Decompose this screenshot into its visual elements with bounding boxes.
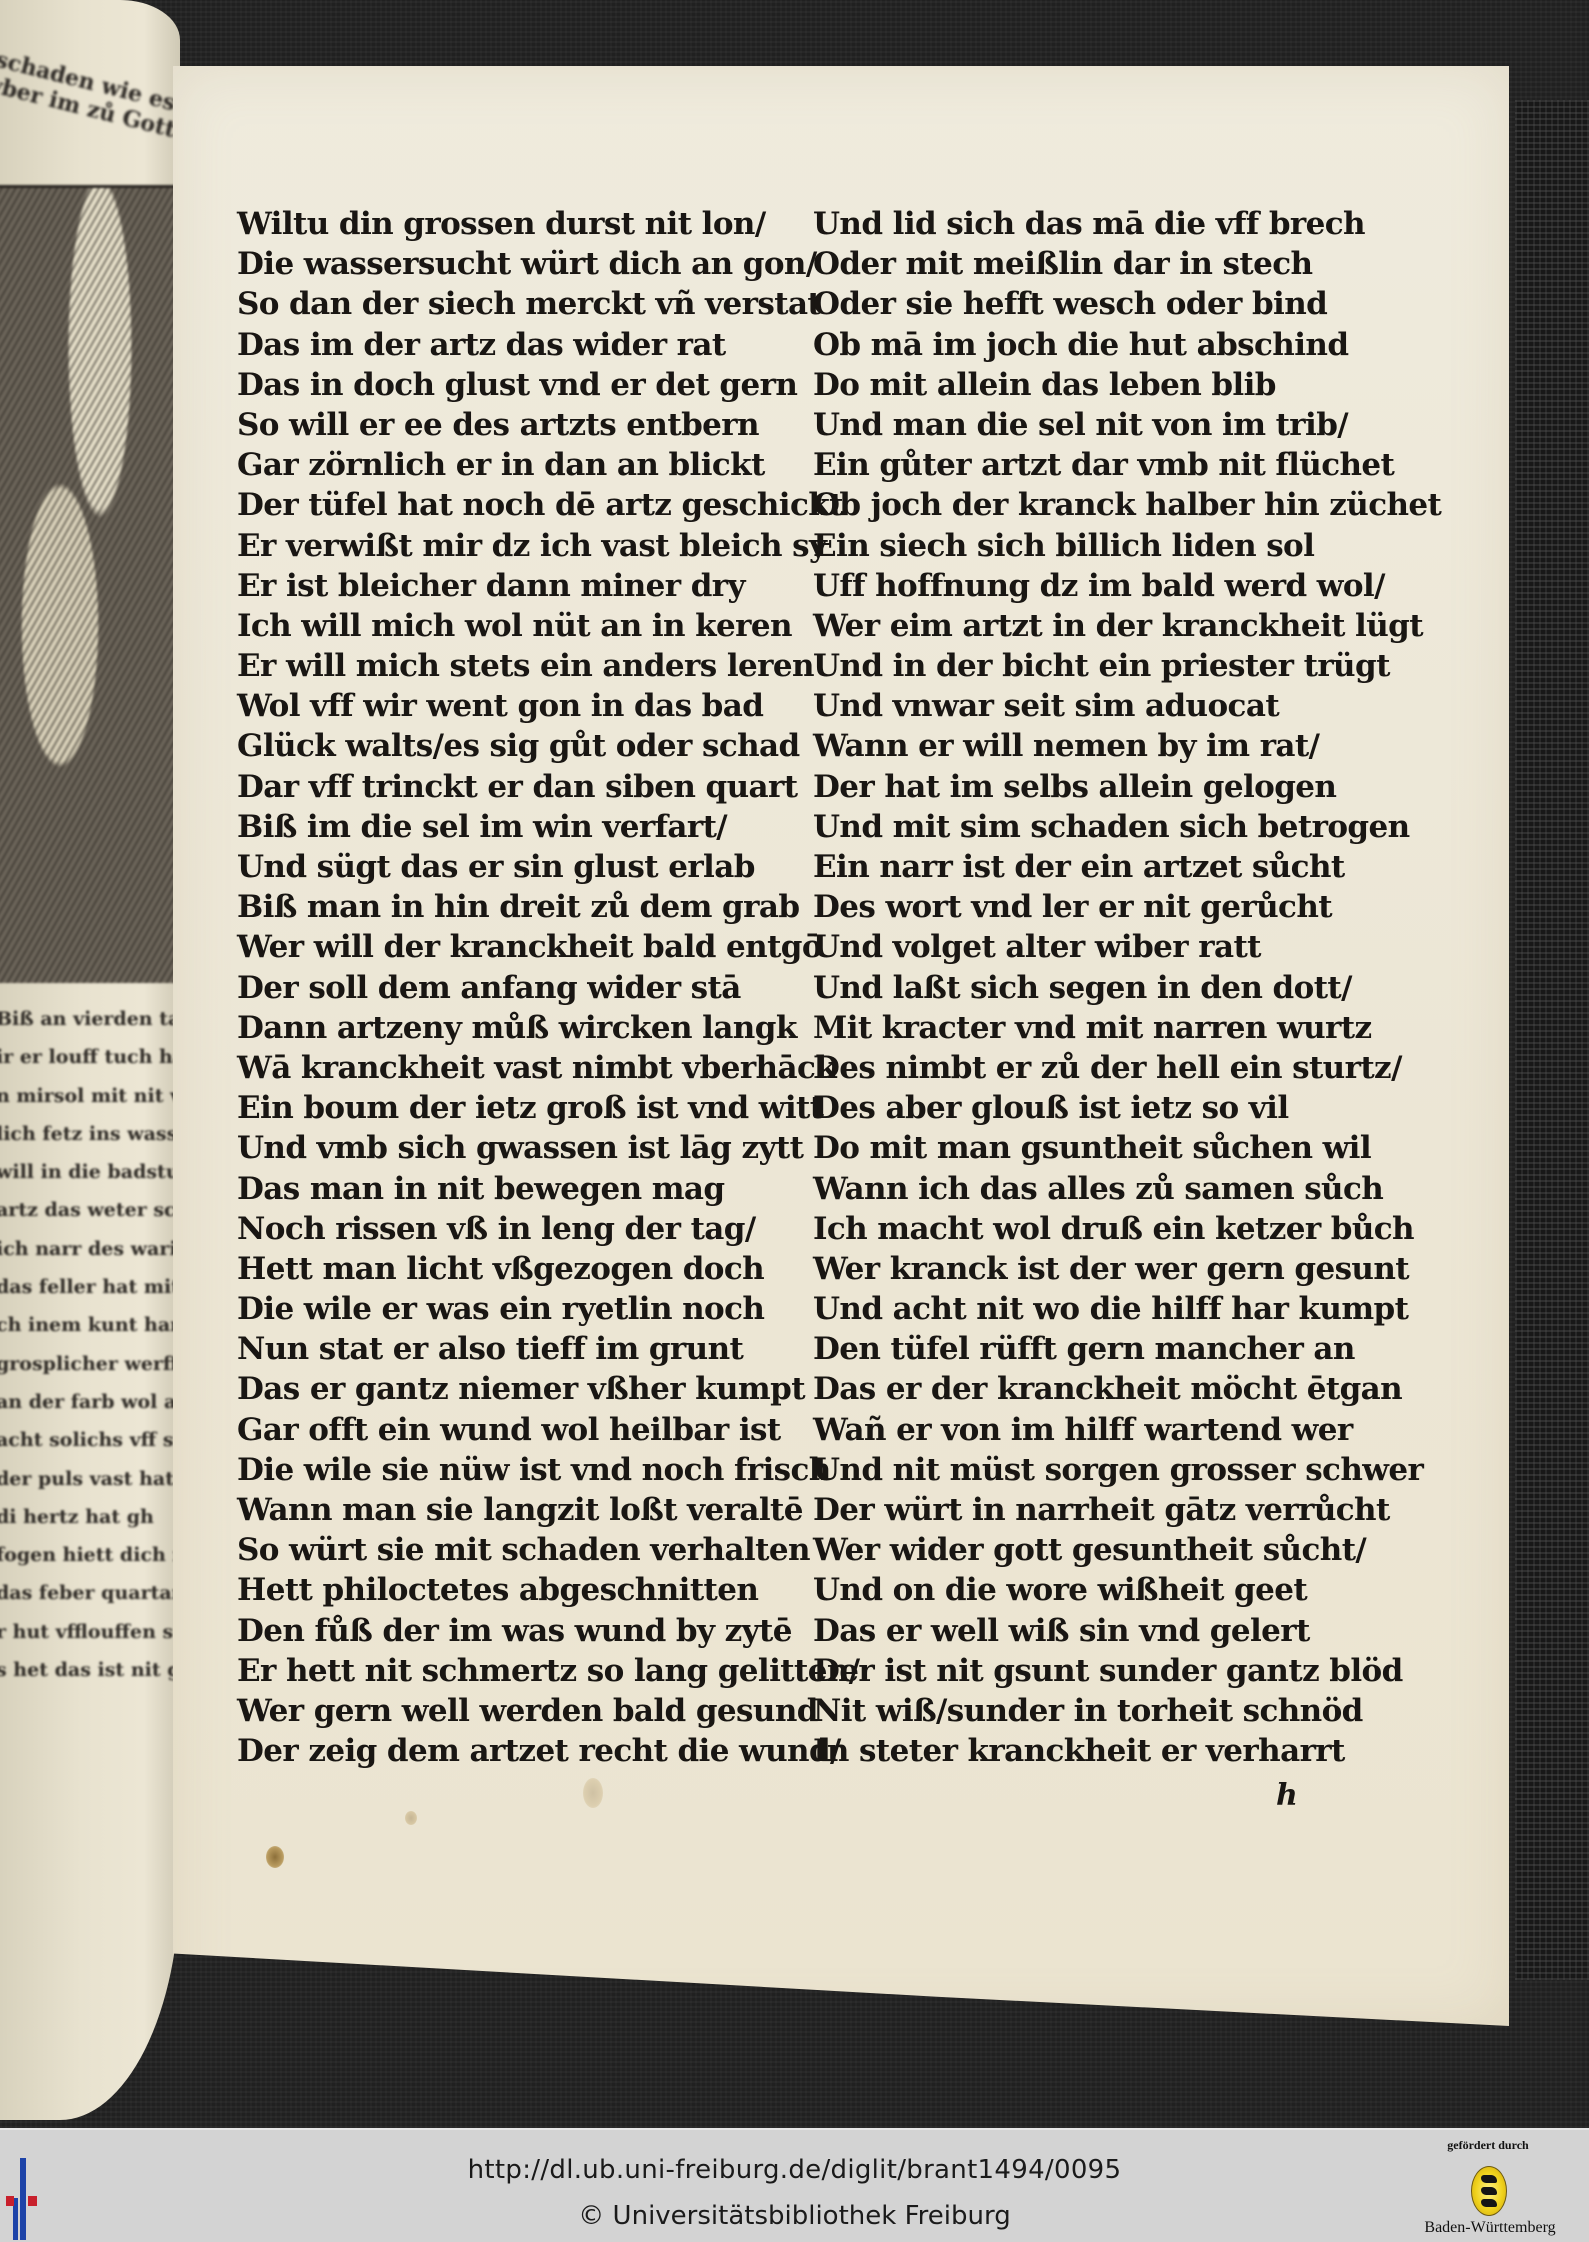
verse-line: Ich will mich wol nüt an in keren (237, 606, 859, 646)
verse-line: Wer will der kranckheit bald entgō (237, 927, 859, 967)
facing-page-line: acht solichs vff sie (0, 1421, 180, 1459)
verse-line: Das man in nit bewegen mag (237, 1169, 859, 1209)
verse-line: Glück walts/es sig gůt oder schad (237, 726, 859, 766)
facing-page-line: lich fetz ins wassr (0, 1115, 180, 1153)
verse-line: Ob joch der kranck halber hin züchet (813, 485, 1441, 525)
signature-mark: h (1276, 1778, 1298, 1813)
verse-line: Und laßt sich segen in den dott/ (813, 968, 1441, 1008)
verse-line: Und on die wore wißheit geet (813, 1570, 1441, 1610)
facing-page-heading: schaden wie es gat vber im zů Gotter Got (0, 47, 180, 146)
verse-line: Und lid sich das mā die vff brech (813, 204, 1441, 244)
verse-line: Wañ er von im hilff wartend wer (813, 1410, 1441, 1450)
verse-line: Der tüfel hat noch dē artz geschickt (237, 485, 859, 525)
verse-line: So würt sie mit schaden verhalten (237, 1530, 859, 1570)
verse-line: Das er well wiß sin vnd gelert (813, 1611, 1441, 1651)
verse-line: Oder mit meißlin dar in stech (813, 244, 1441, 284)
verse-line: Der zeig dem artzet recht die wund/ (237, 1731, 859, 1771)
cloth-support (1515, 100, 1589, 1980)
verse-line: Biß man in hin dreit zů dem grab (237, 887, 859, 927)
verse-line: Und vmb sich gwassen ist lāg zytt (237, 1128, 859, 1168)
verse-line: Den fůß der im was wund by zytē (237, 1611, 859, 1651)
verse-line: Dann artzeny můß wircken langk (237, 1008, 859, 1048)
verse-line: Wann er will nemen by im rat/ (813, 726, 1441, 766)
verse-line: Wer wider gott gesuntheit sůcht/ (813, 1530, 1441, 1570)
verse-line: Das er gantz niemer vßher kumpt (237, 1369, 859, 1409)
verse-line: Und in der bicht ein priester trügt (813, 646, 1441, 686)
verse-line: Der würt in narrheit gātz verrůcht (813, 1490, 1441, 1530)
facing-page-line: der puls vast hat (0, 1460, 180, 1498)
verse-line: Oder sie hefft wesch oder bind (813, 284, 1441, 324)
facing-page-line: ch inem kunt harn (0, 1306, 180, 1344)
verse-line: Wann ich das alles zů samen sůch (813, 1169, 1441, 1209)
book-page: Wiltu din grossen durst nit lon/Die wass… (173, 66, 1509, 2026)
facing-page-line: ir er louff tuch har (0, 1038, 180, 1076)
page-stain (266, 1846, 284, 1868)
text-column-right: Und lid sich das mā die vff brechOder mi… (813, 204, 1441, 1771)
verse-line: Die wassersucht würt dich an gon/ (237, 244, 859, 284)
copyright-notice: © Universitätsbibliothek Freiburg (0, 2201, 1589, 2231)
verse-line: Gar zörnlich er in dan an blickt (237, 445, 859, 485)
facing-page-line: will in die badstub g (0, 1153, 180, 1191)
verse-line: Ein siech sich billich liden sol (813, 526, 1441, 566)
verse-line: Uff hoffnung dz im bald werd wol/ (813, 566, 1441, 606)
verse-line: Dar vff trinckt er dan siben quart (237, 767, 859, 807)
verse-line: Der soll dem anfang wider stā (237, 968, 859, 1008)
verse-line: Ein gůter artzt dar vmb nit flüchet (813, 445, 1441, 485)
verse-line: Wann man sie langzit loßt veraltē (237, 1490, 859, 1530)
facing-page-line: das feber quartan s (0, 1574, 180, 1612)
verse-line: Do mit man gsuntheit sůchen wil (813, 1128, 1441, 1168)
verse-line: Das im der artz das wider rat (237, 325, 859, 365)
verse-line: Er ist bleicher dann miner dry (237, 566, 859, 606)
verse-line: In steter kranckheit er verharrt (813, 1731, 1441, 1771)
facing-page-line: artz das weter schw (0, 1191, 180, 1229)
facing-page-line: an der farb wol an (0, 1383, 180, 1421)
verse-line: Den tüfel rüfft gern mancher an (813, 1329, 1441, 1369)
verse-line: Und volget alter wiber ratt (813, 927, 1441, 967)
footer-bar: http://dl.ub.uni-freiburg.de/diglit/bran… (0, 2128, 1589, 2242)
verse-line: Noch rissen vß in leng der tag/ (237, 1209, 859, 1249)
facing-page-line: s het das ist nit g (0, 1651, 180, 1689)
verse-line: Und sügt das er sin glust erlab (237, 847, 859, 887)
verse-line: Die wile sie nüw ist vnd noch frisch (237, 1450, 859, 1490)
verse-line: Ein narr ist der ein artzet sůcht (813, 847, 1441, 887)
facing-page-line: Biß an vierden tag (0, 1000, 180, 1038)
permalink-url[interactable]: http://dl.ub.uni-freiburg.de/diglit/bran… (0, 2155, 1589, 2185)
facing-page-line: n mirsol mit nit vn (0, 1077, 180, 1115)
verse-line: Die wile er was ein ryetlin noch (237, 1289, 859, 1329)
verse-line: Der ist nit gsunt sunder gantz blöd (813, 1651, 1441, 1691)
baden-wuerttemberg-crest-icon (1471, 2166, 1507, 2216)
page-stain (405, 1811, 417, 1825)
verse-line: Wer eim artzt in der kranckheit lügt (813, 606, 1441, 646)
facing-page-line: fogen hiett dich m (0, 1536, 180, 1574)
facing-page-line: r hut vfflouffen s (0, 1613, 180, 1651)
page-stain (583, 1778, 603, 1808)
facing-page-line: das feller hat mit sch (0, 1268, 180, 1306)
verse-line: Nit wiß/sunder in torheit schnöd (813, 1691, 1441, 1731)
verse-line: Hett philoctetes abgeschnitten (237, 1570, 859, 1610)
verse-line: Gar offt ein wund wol heilbar ist (237, 1410, 859, 1450)
verse-line: Hett man licht vßgezogen doch (237, 1249, 859, 1289)
funder-block: gefördert durch Baden-Württemberg (1420, 2130, 1589, 2242)
verse-line: Nun stat er also tieff im grunt (237, 1329, 859, 1369)
verse-line: Und man die sel nit von im trib/ (813, 405, 1441, 445)
verse-line: Des wort vnd ler er nit gerůcht (813, 887, 1441, 927)
verse-line: Wā kranckheit vast nimbt vberhāck (237, 1048, 859, 1088)
facing-page-line: grosplicher werffun (0, 1345, 180, 1383)
text-column-left: Wiltu din grossen durst nit lon/Die wass… (237, 204, 859, 1771)
facing-page: schaden wie es gat vber im zů Gotter Got… (0, 0, 180, 2120)
woodcut-illustration (0, 185, 180, 983)
facing-page-line: di hertz hat gh (0, 1498, 180, 1536)
verse-line: Biß im die sel im win verfart/ (237, 807, 859, 847)
verse-line: Wer gern well werden bald gesund (237, 1691, 859, 1731)
verse-line: So will er ee des artzts entbern (237, 405, 859, 445)
verse-line: Er hett nit schmertz so lang gelitten/ (237, 1651, 859, 1691)
verse-line: Wiltu din grossen durst nit lon/ (237, 204, 859, 244)
verse-line: Das er der kranckheit möcht ētgan (813, 1369, 1441, 1409)
funder-name: Baden-Württemberg (1420, 2219, 1560, 2237)
facing-page-text: Biß an vierden tagir er louff tuch harn … (0, 1000, 180, 1689)
verse-line: Er verwißt mir dz ich vast bleich sy (237, 526, 859, 566)
funder-label: gefördert durch (1420, 2138, 1556, 2153)
verse-line: Des nimbt er zů der hell ein sturtz/ (813, 1048, 1441, 1088)
verse-line: Und acht nit wo die hilff har kumpt (813, 1289, 1441, 1329)
facing-page-line: ich narr des waris (0, 1230, 180, 1268)
verse-line: Do mit allein das leben blib (813, 365, 1441, 405)
verse-line: Der hat im selbs allein gelogen (813, 767, 1441, 807)
verse-line: Und vnwar seit sim aduocat (813, 686, 1441, 726)
verse-line: So dan der siech merckt vñ verstat (237, 284, 859, 324)
verse-line: Und nit müst sorgen grosser schwer (813, 1450, 1441, 1490)
verse-line: Des aber glouß ist ietz so vil (813, 1088, 1441, 1128)
verse-line: Mit kracter vnd mit narren wurtz (813, 1008, 1441, 1048)
verse-line: Das in doch glust vnd er det gern (237, 365, 859, 405)
verse-line: Wol vff wir went gon in das bad (237, 686, 859, 726)
verse-line: Ob mā im joch die hut abschind (813, 325, 1441, 365)
verse-line: Wer kranck ist der wer gern gesunt (813, 1249, 1441, 1289)
verse-line: Er will mich stets ein anders leren (237, 646, 859, 686)
verse-line: Und mit sim schaden sich betrogen (813, 807, 1441, 847)
verse-line: Ich macht wol druß ein ketzer bůch (813, 1209, 1441, 1249)
verse-line: Ein boum der ietz groß ist vnd witt (237, 1088, 859, 1128)
